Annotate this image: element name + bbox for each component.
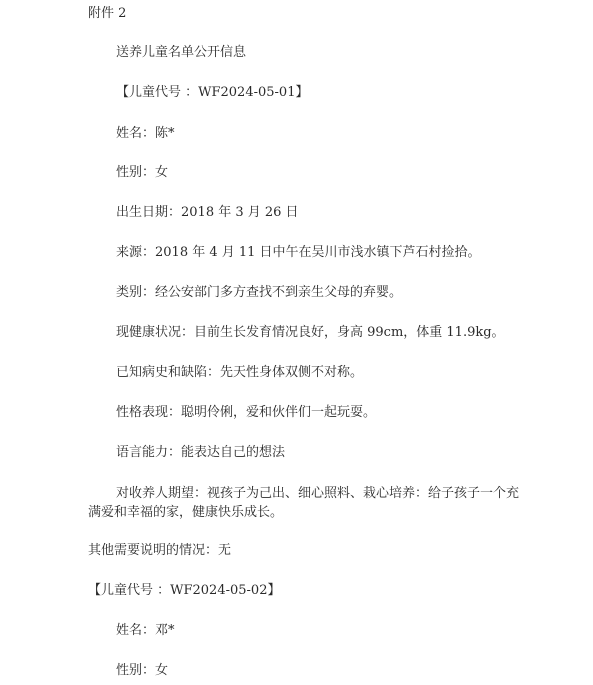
- child-personality: 性格表现：聪明伶俐，爱和伙伴们一起玩耍。: [116, 404, 376, 421]
- child-gender: 性别：女: [116, 662, 168, 679]
- child-category: 类别：经公安部门多方查找不到亲生父母的弃婴。: [116, 284, 402, 301]
- child-gender: 性别：女: [116, 164, 168, 181]
- child-medical-history: 已知病史和缺陷：先天性身体双侧不对称。: [116, 364, 363, 381]
- child-name: 姓名：陈*: [116, 125, 175, 142]
- child-code: 【儿童代号 ：WF2024-05-02】: [88, 582, 280, 599]
- attachment-label: 附件 2: [88, 5, 126, 22]
- document-title: 送养儿童名单公开信息: [116, 44, 246, 61]
- child-source: 来源：2018 年 4 月 11 日中午在吴川市浅水镇下芦石村捡拾。: [116, 244, 481, 261]
- child-language: 语言能力：能表达自己的想法: [116, 444, 285, 461]
- child-birth-date: 出生日期：2018 年 3 月 26 日: [116, 204, 299, 221]
- child-other-notes: 其他需要说明的情况：无: [88, 542, 231, 559]
- child-name: 姓名：邓*: [116, 622, 175, 639]
- child-health: 现健康状况：目前生长发育情况良好，身高 99cm，体重 11.9kg。: [116, 324, 505, 341]
- child-expectation: 对收养人期望：视孩子为己出、细心照料、栽心培养：给子孩子一个充满爱和幸福的家，健…: [88, 484, 528, 522]
- child-code: 【儿童代号 ：WF2024-05-01】: [116, 84, 308, 101]
